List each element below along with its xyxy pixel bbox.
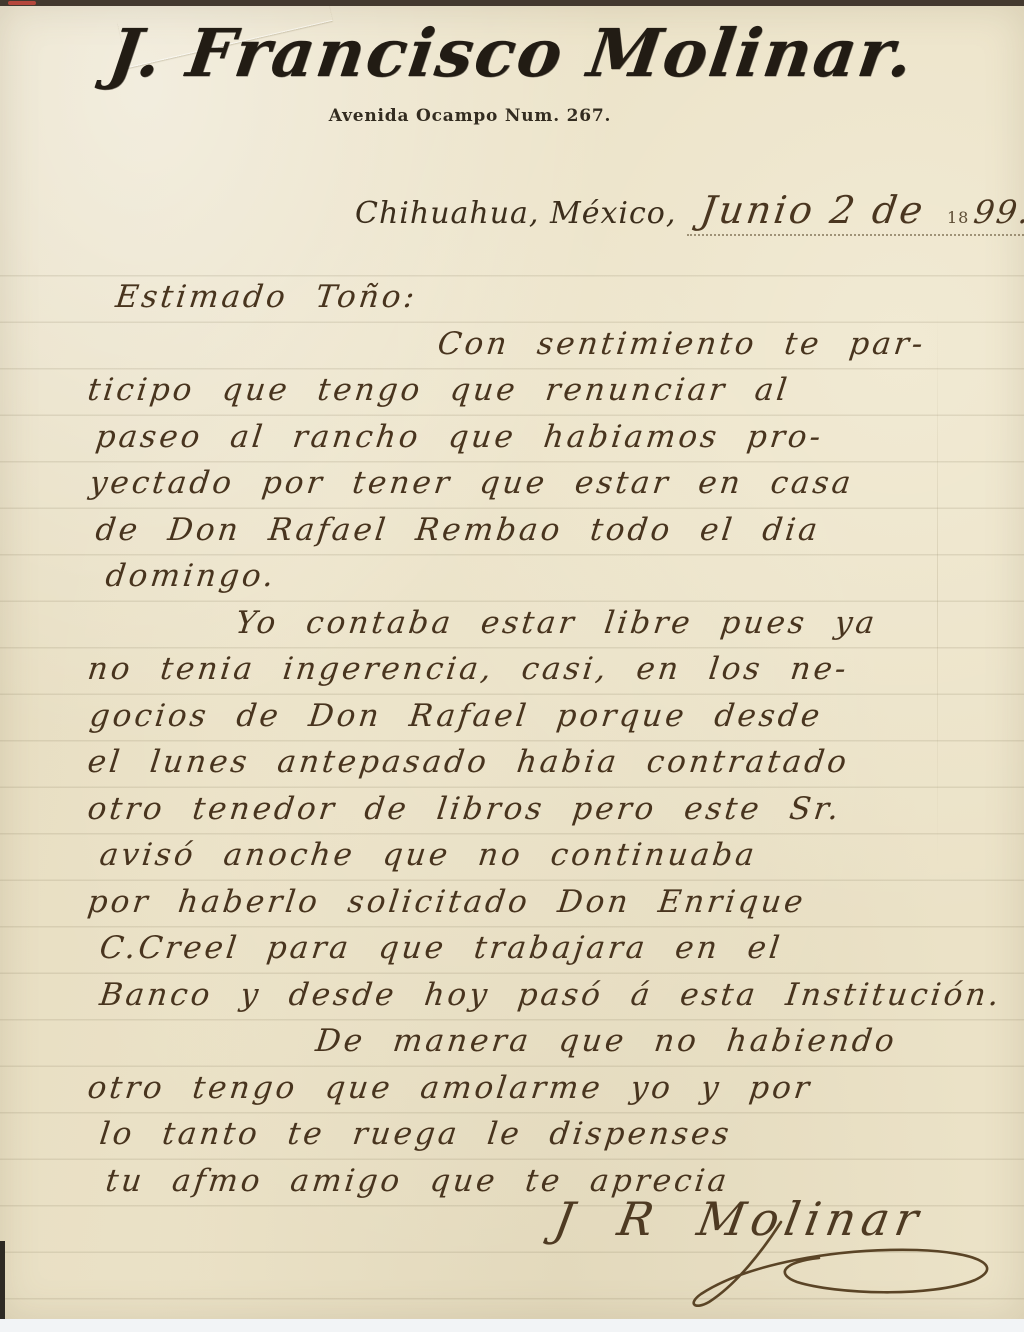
dateline-handwritten-year: 99. bbox=[972, 193, 1024, 231]
letter-line: por haberlo solicitado Don Enrique bbox=[85, 879, 1010, 926]
letter-lines: Con sentimiento te par-ticipo que tengo … bbox=[85, 321, 1004, 1205]
letter-line: paseo al rancho que habiamos pro- bbox=[85, 414, 1010, 461]
letter-line: C.Creel para que trabajara en el bbox=[85, 925, 1010, 972]
dateline-place: Chihuahua, México, bbox=[355, 196, 676, 231]
letterhead: J. Francisco Molinar. Avenida Ocampo Num… bbox=[0, 14, 1024, 126]
scan-left-edge bbox=[0, 1241, 5, 1319]
scanned-letter-page: J. Francisco Molinar. Avenida Ocampo Num… bbox=[0, 0, 1024, 1332]
dateline-handwritten-date: Junio 2 de bbox=[698, 188, 929, 232]
letter-line: avisó anoche que no continuaba bbox=[85, 832, 1010, 879]
letter-paper: J. Francisco Molinar. Avenida Ocampo Num… bbox=[0, 6, 1024, 1319]
letter-greeting: Estimado Toño: bbox=[85, 274, 1010, 321]
letter-line: otro tengo que amolarme yo y por bbox=[85, 1065, 1010, 1112]
scan-red-mark bbox=[8, 1, 36, 5]
letter-line: Yo contaba estar libre pues ya bbox=[85, 600, 1010, 647]
letter-line: Banco y desde hoy pasó á esta Institució… bbox=[85, 972, 1010, 1019]
dateline-fill-line: Junio 2 de 18 99. bbox=[687, 188, 1024, 236]
letter-line: lo tanto te ruega le dispenses bbox=[85, 1111, 1010, 1158]
scan-top-edge bbox=[0, 0, 1024, 6]
letterhead-address: Avenida Ocampo Num. 267. bbox=[0, 106, 982, 126]
letter-line: domingo. bbox=[85, 553, 1010, 600]
letter-line: el lunes antepasado habia contratado bbox=[85, 739, 1010, 786]
scan-bottom-edge bbox=[0, 1319, 1024, 1332]
dateline-printed-year-prefix: 18 bbox=[947, 208, 969, 227]
letter-line: otro tenedor de libros pero este Sr. bbox=[85, 786, 1010, 833]
letter-line: no tenia ingerencia, casi, en los ne- bbox=[85, 646, 1010, 693]
letter-line: yectado por tener que estar en casa bbox=[85, 460, 1010, 507]
signature-name: J R Molinar bbox=[550, 1192, 1009, 1246]
letter-line: Con sentimiento te par- bbox=[85, 321, 1010, 368]
letter-line: ticipo que tengo que renunciar al bbox=[85, 367, 1010, 414]
letter-line: de Don Rafael Rembao todo el dia bbox=[85, 507, 1010, 554]
dateline: Chihuahua, México, Junio 2 de 18 99. bbox=[355, 188, 984, 236]
letter-line: De manera que no habiendo bbox=[85, 1018, 1010, 1065]
letter-body: Estimado Toño: Con sentimiento te par-ti… bbox=[85, 274, 1004, 1312]
letterhead-name: J. Francisco Molinar. bbox=[0, 14, 1024, 92]
letter-line: gocios de Don Rafael porque desde bbox=[85, 693, 1010, 740]
